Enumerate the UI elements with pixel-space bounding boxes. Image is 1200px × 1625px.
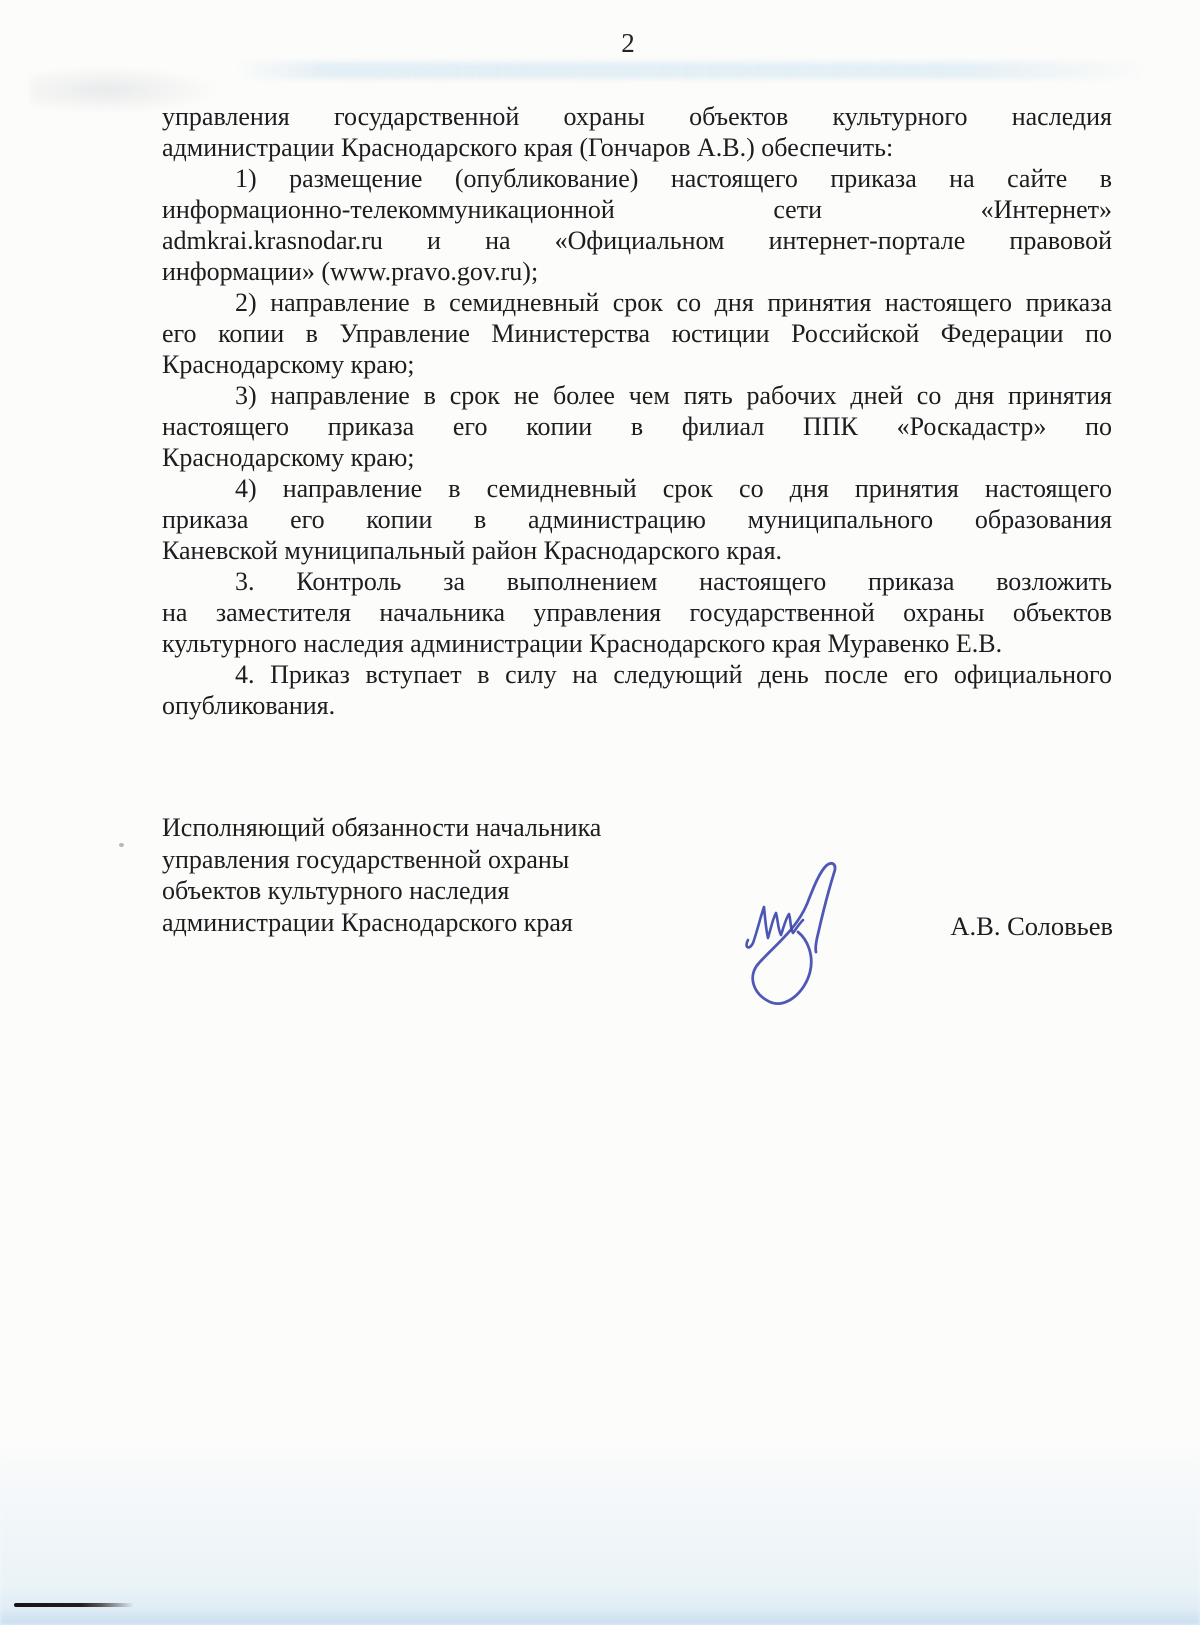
signoff-line: объектов культурного наследия	[162, 875, 601, 907]
page-number: 2	[558, 28, 698, 59]
body-line: 3. Контроль за выполнением настоящего пр…	[162, 566, 1112, 597]
body-line: 3) направление в срок не более чем пять …	[162, 380, 1112, 411]
scan-artifact-bottom-line	[14, 1603, 134, 1607]
document-body: управления государственной охраны объект…	[162, 101, 1112, 721]
body-line: 4. Приказ вступает в силу на следующий д…	[162, 659, 1112, 690]
body-line: его копии в Управление Министерства юсти…	[162, 318, 1112, 349]
body-line: настоящего приказа его копии в филиал ПП…	[162, 411, 1112, 442]
body-line: 2) направление в семидневный срок со дня…	[162, 287, 1112, 318]
body-line: культурного наследия администрации Красн…	[162, 628, 1112, 659]
body-line: 4) направление в семидневный срок со дня…	[162, 473, 1112, 504]
scan-artifact-bottom-band	[0, 1590, 1200, 1625]
signoff-line: Исполняющий обязанности начальника	[162, 812, 601, 844]
body-line: admkrai.krasnodar.ru и на «Официальном и…	[162, 225, 1112, 256]
signoff-block: Исполняющий обязанности начальника управ…	[162, 812, 601, 938]
body-line: опубликования.	[162, 690, 1112, 721]
body-line: 1) размещение (опубликование) настоящего…	[162, 163, 1112, 194]
document-page: 2 управления государственной охраны объе…	[0, 0, 1200, 1625]
signoff-line: администрации Краснодарского края	[162, 907, 601, 939]
body-line: информационно-телекоммуникационной сети …	[162, 194, 1112, 225]
scan-artifact-top-band	[235, 62, 1150, 79]
signature-ink	[738, 860, 846, 1012]
body-line: Краснодарскому краю;	[162, 349, 1112, 380]
scan-artifact-bottom-haze	[0, 1445, 1200, 1600]
body-line: на заместителя начальника управления гос…	[162, 597, 1112, 628]
signoff-line: управления государственной охраны	[162, 844, 601, 876]
scan-artifact-dot	[119, 843, 124, 847]
body-line: администрации Краснодарского края (Гонча…	[162, 132, 1112, 163]
signatory-name: А.В. Соловьев	[950, 911, 1113, 942]
body-line: Каневской муниципальный район Краснодарс…	[162, 535, 1112, 566]
body-line: Краснодарскому краю;	[162, 442, 1112, 473]
body-line: управления государственной охраны объект…	[162, 101, 1112, 132]
body-line: приказа его копии в администрацию муници…	[162, 504, 1112, 535]
body-line: информации» (www.pravo.gov.ru);	[162, 256, 1112, 287]
